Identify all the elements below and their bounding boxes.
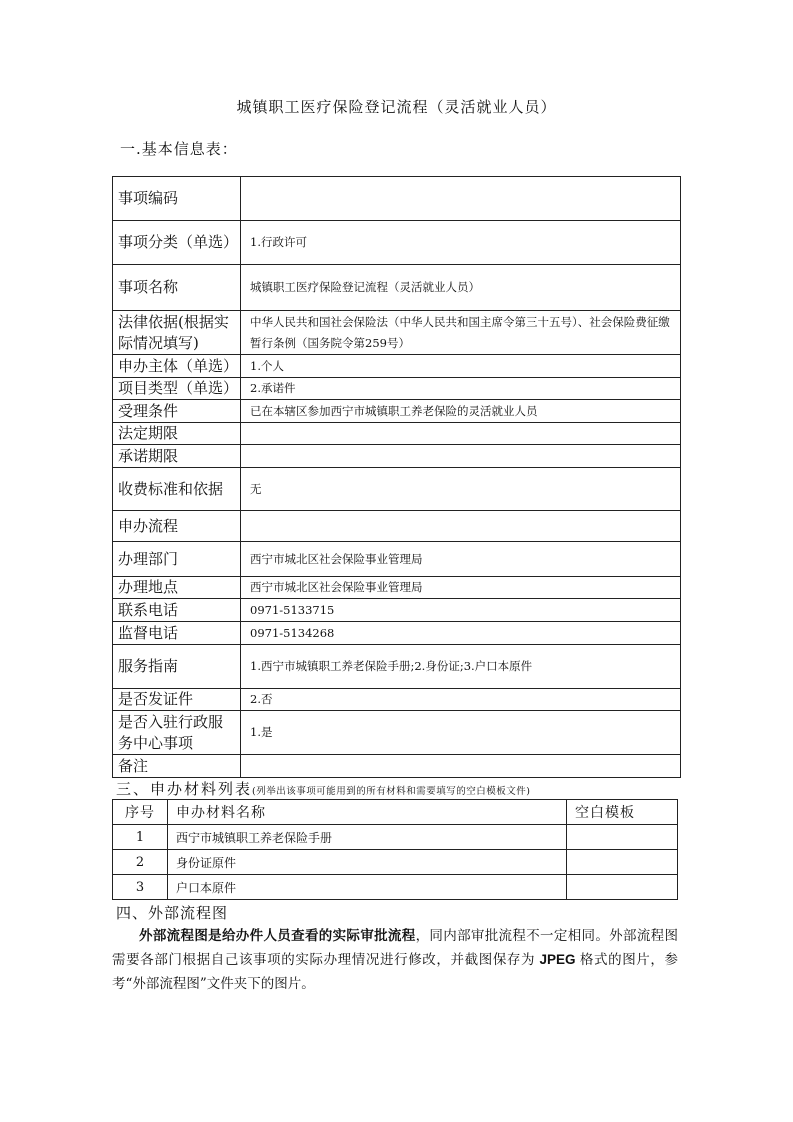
info-row: 受理条件已在本辖区参加西宁市城镇职工养老保险的灵活就业人员 <box>113 400 681 423</box>
info-label: 办理部门 <box>113 542 241 577</box>
table-row: 1 西宁市城镇职工养老保险手册 <box>113 825 678 850</box>
info-value <box>241 511 681 542</box>
flowchart-instructions-bold: 外部流程图是给办件人员查看的实际审批流程 <box>139 928 416 944</box>
info-label: 监督电话 <box>113 622 241 645</box>
section-flowchart-heading: 四、外部流程图 <box>116 902 228 923</box>
info-row: 办理部门西宁市城北区社会保险事业管理局 <box>113 542 681 577</box>
info-label: 事项名称 <box>113 265 241 311</box>
col-header-name: 申办材料名称 <box>168 800 567 825</box>
info-value: 已在本辖区参加西宁市城镇职工养老保险的灵活就业人员 <box>241 400 681 423</box>
info-row: 是否入驻行政服务中心事项1.是 <box>113 711 681 755</box>
basic-info-table: 事项编码事项分类（单选）1.行政许可事项名称城镇职工医疗保险登记流程（灵活就业人… <box>112 176 681 778</box>
info-label: 事项编码 <box>113 177 241 221</box>
info-value: 1.行政许可 <box>241 221 681 265</box>
material-no: 2 <box>113 850 168 875</box>
info-label: 备注 <box>113 755 241 778</box>
flowchart-instructions: 外部流程图是给办件人员查看的实际审批流程，同内部审批流程不一定相同。外部流程图需… <box>112 924 678 996</box>
material-no: 3 <box>113 875 168 900</box>
info-value: 2.承诺件 <box>241 378 681 400</box>
info-row: 事项分类（单选）1.行政许可 <box>113 221 681 265</box>
info-row: 事项名称城镇职工医疗保险登记流程（灵活就业人员） <box>113 265 681 311</box>
info-label: 服务指南 <box>113 645 241 689</box>
info-value <box>241 755 681 778</box>
material-name: 身份证原件 <box>168 850 567 875</box>
material-name: 户口本原件 <box>168 875 567 900</box>
info-label: 项目类型（单选） <box>113 378 241 400</box>
info-value: 1.西宁市城镇职工养老保险手册;2.身份证;3.户口本原件 <box>241 645 681 689</box>
materials-heading-note: (列举出该事项可能用到的所有材料和需要填写的空白模板文件) <box>252 786 530 797</box>
info-label: 办理地点 <box>113 577 241 599</box>
materials-table: 序号 申办材料名称 空白模板 1 西宁市城镇职工养老保险手册 2 身份证原件 3… <box>112 799 678 900</box>
info-label: 申办主体（单选） <box>113 355 241 378</box>
col-header-no: 序号 <box>113 800 168 825</box>
info-row: 法定期限 <box>113 423 681 445</box>
info-value: 中华人民共和国社会保险法（中华人民共和国主席令第三十五号）、社会保险费征缴暂行条… <box>241 311 681 355</box>
info-value: 无 <box>241 468 681 511</box>
info-label: 申办流程 <box>113 511 241 542</box>
info-label: 承诺期限 <box>113 445 241 468</box>
info-value: 1.个人 <box>241 355 681 378</box>
materials-header-row: 序号 申办材料名称 空白模板 <box>113 800 678 825</box>
document-title: 城镇职工医疗保险登记流程（灵活就业人员） <box>0 96 793 117</box>
info-value <box>241 423 681 445</box>
col-header-template: 空白模板 <box>567 800 678 825</box>
info-label: 是否发证件 <box>113 689 241 711</box>
info-row: 监督电话0971-5134268 <box>113 622 681 645</box>
info-value: 城镇职工医疗保险登记流程（灵活就业人员） <box>241 265 681 311</box>
info-row: 事项编码 <box>113 177 681 221</box>
info-value: 0971-5134268 <box>241 622 681 645</box>
material-template <box>567 875 678 900</box>
info-value <box>241 177 681 221</box>
section-materials-heading: 三、申办材料列表(列举出该事项可能用到的所有材料和需要填写的空白模板文件) <box>116 778 530 799</box>
info-value: 西宁市城北区社会保险事业管理局 <box>241 577 681 599</box>
info-row: 申办流程 <box>113 511 681 542</box>
info-row: 是否发证件2.否 <box>113 689 681 711</box>
info-row: 服务指南1.西宁市城镇职工养老保险手册;2.身份证;3.户口本原件 <box>113 645 681 689</box>
material-name: 西宁市城镇职工养老保险手册 <box>168 825 567 850</box>
info-label: 法律依据(根据实际情况填写) <box>113 311 241 355</box>
info-label: 受理条件 <box>113 400 241 423</box>
info-label: 收费标准和依据 <box>113 468 241 511</box>
info-label: 是否入驻行政服务中心事项 <box>113 711 241 755</box>
info-row: 备注 <box>113 755 681 778</box>
info-value: 0971-5133715 <box>241 599 681 622</box>
info-value: 西宁市城北区社会保险事业管理局 <box>241 542 681 577</box>
info-row: 联系电话0971-5133715 <box>113 599 681 622</box>
table-row: 2 身份证原件 <box>113 850 678 875</box>
info-row: 申办主体（单选）1.个人 <box>113 355 681 378</box>
info-row: 承诺期限 <box>113 445 681 468</box>
info-value: 1.是 <box>241 711 681 755</box>
flowchart-format-jpeg: JPEG <box>535 952 580 967</box>
material-template <box>567 825 678 850</box>
info-label: 法定期限 <box>113 423 241 445</box>
info-row: 法律依据(根据实际情况填写)中华人民共和国社会保险法（中华人民共和国主席令第三十… <box>113 311 681 355</box>
info-row: 项目类型（单选）2.承诺件 <box>113 378 681 400</box>
info-row: 收费标准和依据无 <box>113 468 681 511</box>
info-label: 事项分类（单选） <box>113 221 241 265</box>
section-basic-info-heading: 一.基本信息表： <box>120 138 238 159</box>
info-row: 办理地点西宁市城北区社会保险事业管理局 <box>113 577 681 599</box>
material-template <box>567 850 678 875</box>
info-label: 联系电话 <box>113 599 241 622</box>
info-value <box>241 445 681 468</box>
info-value: 2.否 <box>241 689 681 711</box>
material-no: 1 <box>113 825 168 850</box>
table-row: 3 户口本原件 <box>113 875 678 900</box>
materials-heading-text: 三、申办材料列表 <box>116 780 252 798</box>
